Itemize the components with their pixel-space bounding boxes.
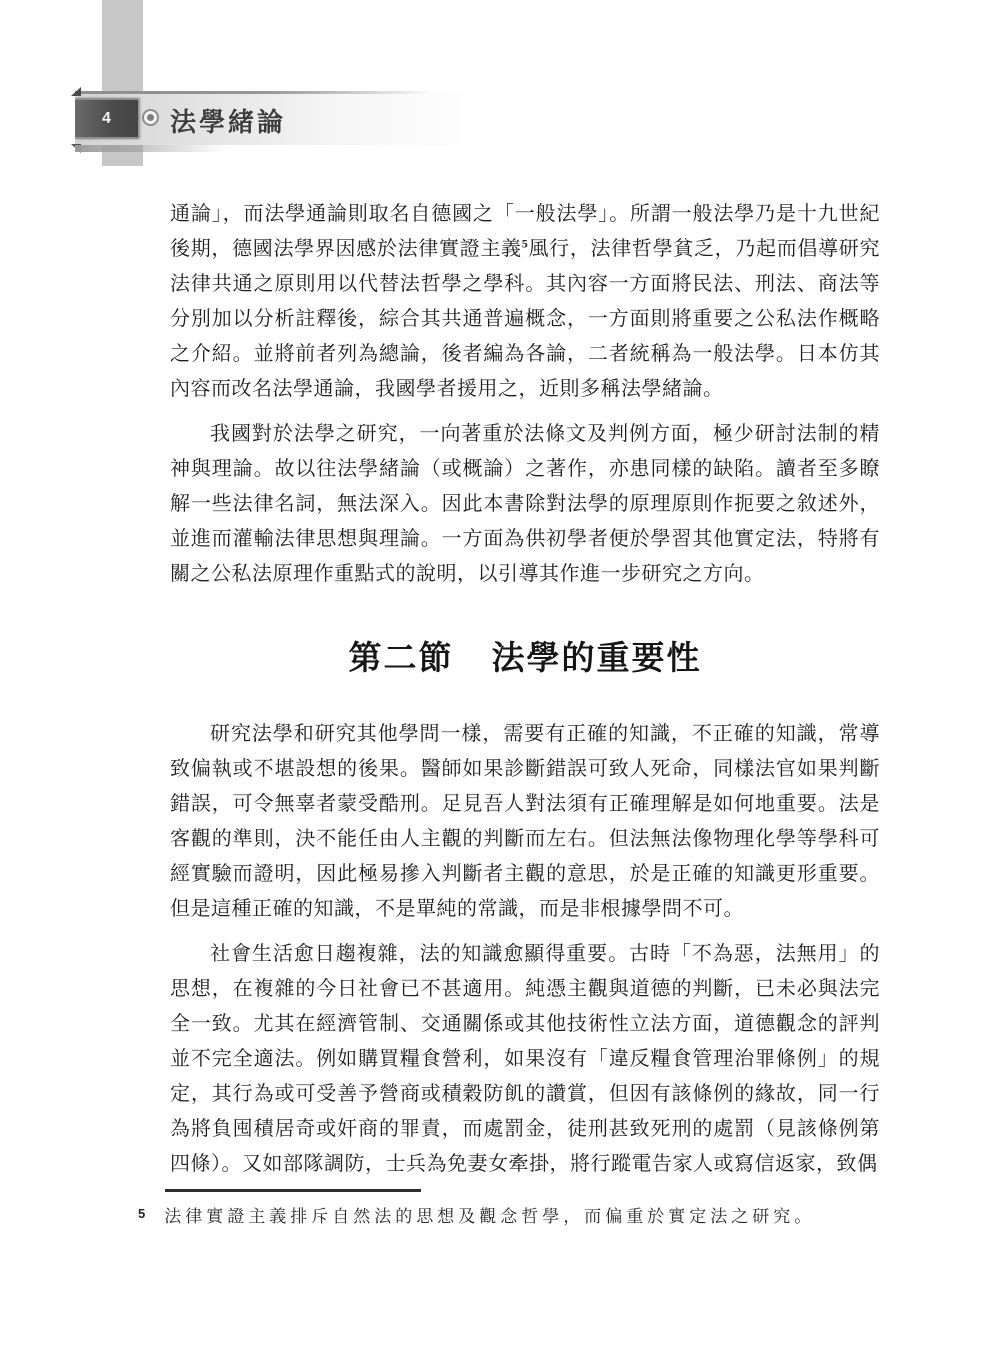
paragraph-text: 風行，法律哲學貧乏，乃起而倡導研究法律共通之原則用以代替法哲學之學科。其內容一方… [170, 238, 880, 400]
page-number: 4 [102, 110, 111, 128]
footnote-marker: 5 [138, 1206, 145, 1221]
header-rule [75, 91, 760, 94]
circle-inner-dot [147, 114, 154, 121]
header-band-shadow [75, 145, 225, 152]
page-header: 4 法學緒論 [75, 91, 760, 145]
section-label: 第二節 [349, 641, 454, 677]
footnote-text: 法律實證主義排斥自然法的思想及觀念哲學，而偏重於實定法之研究。 [164, 1204, 815, 1230]
section-title: 法學的重要性 [492, 641, 702, 677]
footnote: 5 法律實證主義排斥自然法的思想及觀念哲學，而偏重於實定法之研究。 [138, 1189, 898, 1230]
running-head-title: 法學緒論 [170, 102, 286, 139]
paragraph-domestic-legal-study: 我國對於法學之研究，一向著重於法條文及判例方面，極少研討法制的精神與理論。故以往… [170, 417, 880, 592]
ribbon-fold-top [71, 87, 81, 96]
section-heading: 第二節法學的重要性 [170, 642, 880, 677]
book-page: 4 法學緒論 通論」，而法學通論則取名自德國之「一般法學」。所謂一般法學乃是十九… [0, 0, 1000, 1353]
footnote-line: 5 法律實證主義排斥自然法的思想及觀念哲學，而偏重於實定法之研究。 [138, 1204, 898, 1230]
page-number-box: 4 [75, 98, 138, 139]
page-body: 通論」，而法學通論則取名自德國之「一般法學」。所謂一般法學乃是十九世紀後期，德國… [170, 197, 880, 1192]
footnote-rule [165, 1189, 421, 1192]
double-circle-icon [142, 109, 159, 126]
paragraph-general-jurisprudence: 通論」，而法學通論則取名自德國之「一般法學」。所謂一般法學乃是十九世紀後期，德國… [170, 197, 880, 407]
paragraph-importance-of-knowledge: 研究法學和研究其他學問一樣，需要有正確的知識，不正確的知識，常導致偏執或不堪設想… [170, 717, 880, 927]
paragraph-complex-society: 社會生活愈日趨複雜，法的知識愈顯得重要。古時「不為惡，法無用」的思想，在複雜的今… [170, 937, 880, 1182]
